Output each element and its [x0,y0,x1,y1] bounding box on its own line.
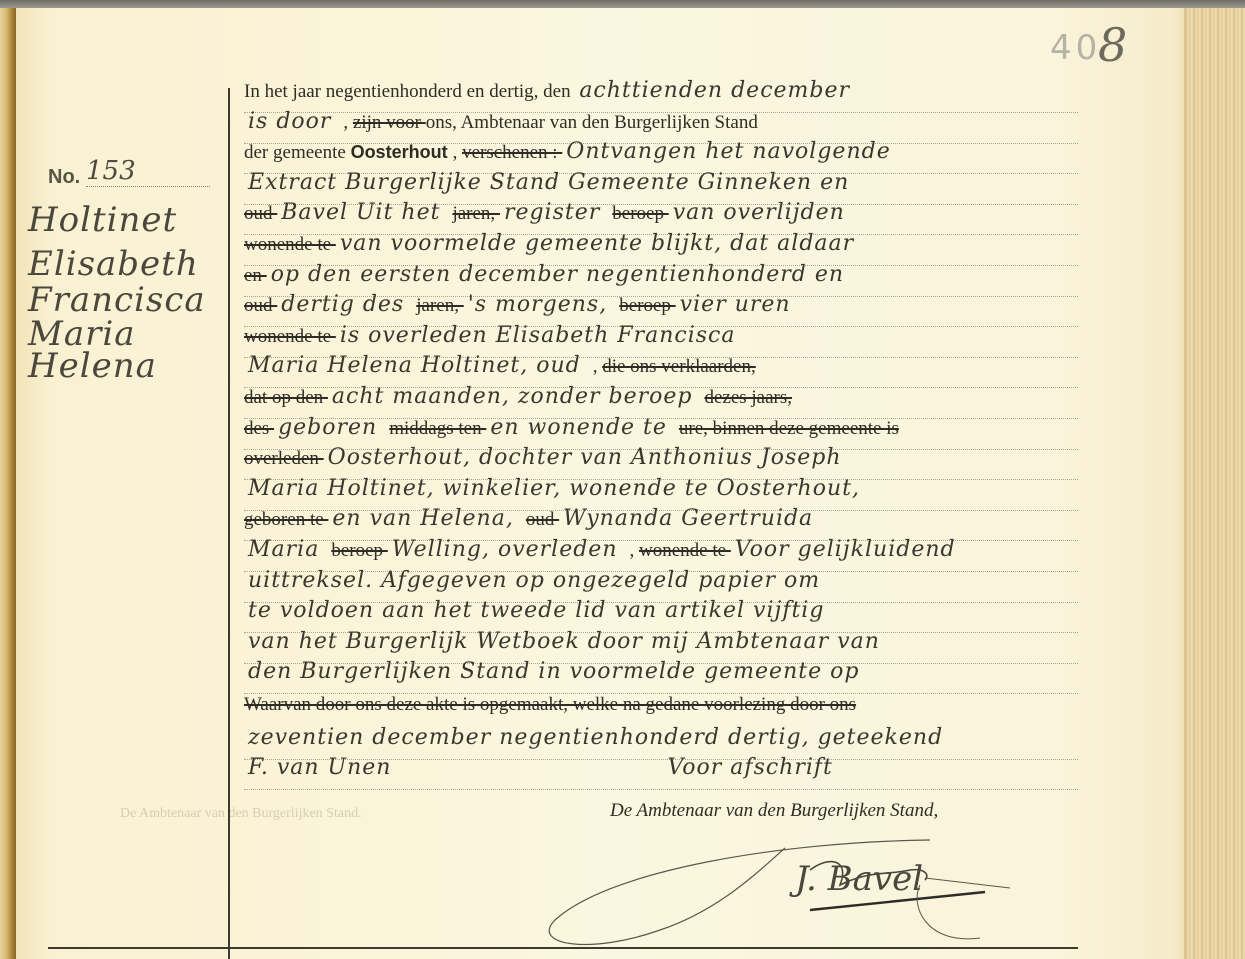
printed-text: , [629,540,639,561]
struck-printed-text: oud [244,295,277,316]
handwritten-entry: dertig des [277,292,416,317]
struck-printed-text: jaren, [452,203,499,224]
handwritten-entry: Voor afschrift [663,755,836,780]
handwritten-entry: acht maanden, zonder beroep [328,384,705,409]
binding-left-edge [0,8,16,959]
handwritten-entry: vier uren [676,292,795,317]
record-line: Waarvan door ons deze akte is opgemaakt,… [244,694,1078,728]
struck-printed-text: dezes jaars, [704,387,792,408]
handwritten-entry: register [500,200,612,225]
handwritten-entry: en wonende te [486,415,679,440]
record-number-value: 153 [86,156,210,187]
handwritten-entry: geboren [274,415,389,440]
bleed-through-text: De Ambtenaar van den Burgerlijken Stand. [120,806,362,822]
struck-printed-text: Waarvan door ons deze akte is opgemaakt,… [244,694,856,715]
struck-printed-text: beroep [331,540,387,561]
handwritten-entry: en van Helena, [328,506,525,531]
struck-printed-text: geboren te [244,509,328,530]
handwritten-entry: Bavel Uit het [277,200,452,225]
struck-printed-text: die ons verklaarden, [602,356,756,377]
record-number-label: No. [48,166,80,189]
handwritten-entry: Ontvangen het navolgende [562,139,894,164]
printed-text: der gemeente [244,142,351,163]
handwritten-entry: Voor gelijkluidend [731,537,960,562]
margin-divider-line [228,88,230,959]
struck-printed-text: jaren, [416,295,463,316]
struck-printed-text: des [244,418,274,439]
handwritten-entry: Maria Holtinet, winkelier, wonende te Oo… [244,476,864,501]
printed-text: ons, Ambtenaar van den Burgerlijken Stan… [426,112,758,133]
struck-printed-text: wonende te [244,326,336,347]
handwritten-entry: F. van Unen [244,755,403,780]
struck-printed-text: oud [244,203,277,224]
handwritten-entry: te voldoen aan het tweede lid van artike… [244,598,828,623]
handwritten-entry: zeventien december negentienhonderd dert… [244,725,947,750]
page-number-handwritten: 8 [1098,18,1127,72]
handwritten-entry: Oosterhout, dochter van Anthonius Joseph [324,445,846,470]
handwritten-entry: achttienden december [575,78,854,103]
handwritten-entry: Maria [244,537,331,562]
struck-printed-text: overleden [244,448,324,469]
printed-text: In het jaar negentienhonderd en dertig, … [244,81,575,102]
record-line: F. van Unen Voor afschrift [244,755,1078,790]
handwritten-entry: Extract Burgerlijke Stand Gemeente Ginne… [244,170,853,195]
printed-text: , [593,356,603,377]
struck-printed-text: dat op den [244,387,328,408]
handwritten-entry: 's morgens, [464,292,620,317]
handwritten-entry: Welling, overleden [388,537,630,562]
handwritten-entry: Maria Helena Holtinet, oud [244,353,593,378]
signature-title: De Ambtenaar van den Burgerlijken Stand, [610,800,938,822]
struck-printed-text: verschenen : [462,142,562,163]
struck-printed-text: zijn voor [353,112,426,133]
handwritten-entry: is overleden Elisabeth Francisca [336,323,740,348]
handwritten-entry: is door [244,109,343,134]
struck-printed-text: ure, binnen deze gemeente is [679,418,899,439]
handwritten-entry: op den eersten december negentienhonderd… [267,262,848,287]
struck-printed-text: wonende te [639,540,731,561]
struck-printed-text: wonende te [244,234,336,255]
margin-name-line: Elisabeth [28,244,199,284]
printed-text: , [343,112,353,133]
handwritten-entry: uittreksel. Afgegeven op ongezegeld papi… [244,568,824,593]
page-stack-right [1172,8,1245,959]
printed-text: , [453,142,463,163]
signature-name: J. Bavel [789,859,923,899]
handwritten-entry: den Burgerlijken Stand in voormelde geme… [244,659,863,684]
struck-printed-text: oud [526,509,559,530]
handwritten-entry: Wynanda Geertruida [559,506,817,531]
struck-printed-text: beroep [619,295,675,316]
handwritten-entry: van het Burgerlijk Wetboek door mij Ambt… [244,629,884,654]
struck-printed-text: middags ten [389,418,486,439]
page-number-stamp: 40 [1050,28,1101,68]
handwritten-entry: van overlijden [669,200,849,225]
record-line: den Burgerlijken Stand in voormelde geme… [244,659,1078,694]
handwritten-entry: van voormelde gemeente blijkt, dat aldaa… [336,231,858,256]
signature-flourish: J. Bavel [530,830,1050,955]
margin-name-line: Helena [28,346,157,386]
struck-printed-text: beroep [612,203,668,224]
margin-name-line: Holtinet [28,200,177,240]
municipality-name: Oosterhout [351,142,453,162]
struck-printed-text: en [244,265,267,286]
